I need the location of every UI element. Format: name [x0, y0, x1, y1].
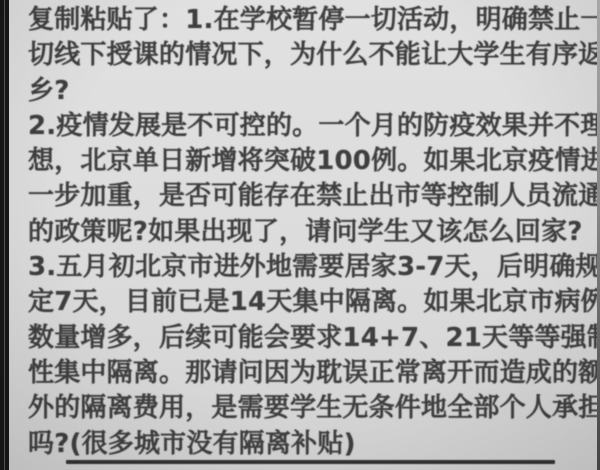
- text-line: 想，北京单日新增将突破100例。如果北京疫情进: [28, 144, 573, 179]
- post-text-block: 复制粘贴了：1.在学校暂停一切活动，明确禁止一 切线下授课的情况下，为什么不能让…: [28, 3, 573, 462]
- text-line: 性集中隔离。那请问因为耽误正常离开而造成的额: [28, 356, 573, 391]
- text-line: 切线下授课的情况下，为什么不能让大学生有序返: [28, 38, 573, 73]
- bottom-dark-underline-bar: [66, 460, 555, 464]
- text-line: 复制粘贴了：1.在学校暂停一切活动，明确禁止一: [28, 3, 573, 38]
- text-line: 2.疫情发展是不可控的。一个月的防疫效果并不理: [28, 109, 573, 144]
- left-black-edge-bar: [0, 0, 9, 470]
- text-line: 3.五月初北京市进外地需要居家3-7天，后明确规: [28, 250, 573, 285]
- screenshot-frame: 复制粘贴了：1.在学校暂停一切活动，明确禁止一 切线下授课的情况下，为什么不能让…: [0, 0, 600, 470]
- left-bar-highlight-line: [4, 0, 5, 470]
- text-line: 的政策呢?如果出现了，请问学生又该怎么回家?: [28, 215, 573, 250]
- text-line: 乡?: [28, 74, 573, 109]
- text-line: 外的隔离费用，是需要学生无条件地全部个人承担: [28, 391, 573, 426]
- text-line: 吗?(很多城市没有隔离补贴): [28, 427, 573, 462]
- text-line: 数量增多，后续可能会要求14+7、21天等等强制: [28, 321, 573, 356]
- text-line: 一步加重，是否可能存在禁止出市等控制人员流通: [28, 179, 573, 214]
- text-line: 定7天，目前已是14天集中隔离。如果北京市病例: [28, 285, 573, 320]
